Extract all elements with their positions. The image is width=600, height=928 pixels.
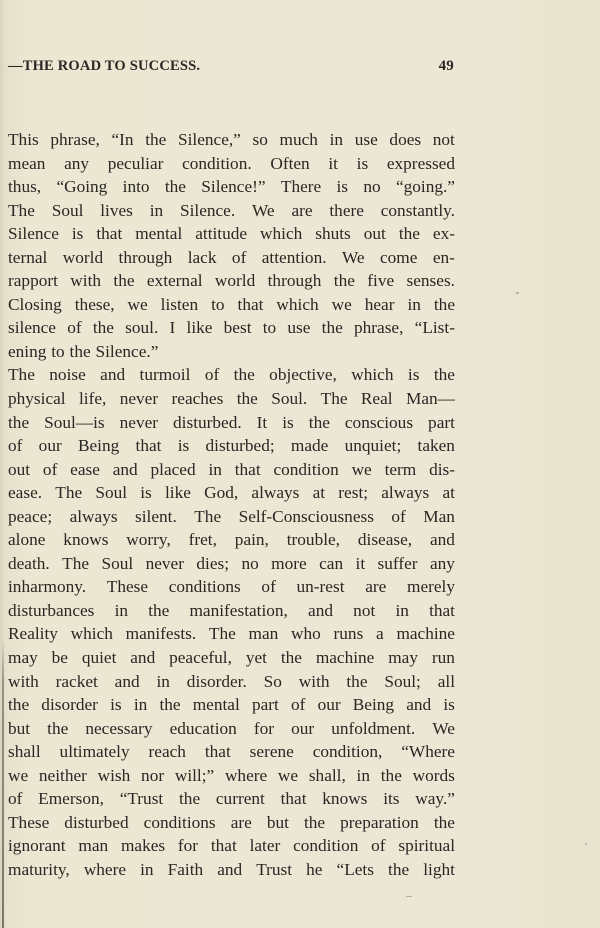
text-line: Thisphrase,“IntheSilence,”somuchinusedoe… [8, 128, 455, 152]
running-head-title: —THE ROAD TO SUCCESS. [8, 58, 200, 75]
paper-speck [406, 896, 412, 897]
text-line: meananypeculiarcondition.Oftenitisexpres… [8, 152, 455, 176]
text-line: outofeaseandplacedinthatconditionwetermd… [8, 458, 455, 482]
text-line: butthenecessaryeducationforourunfoldment… [8, 717, 455, 741]
text-line: inharmony.Theseconditionsofun-restaremer… [8, 575, 455, 599]
paper-speck [516, 292, 519, 294]
text-line: maybequietandpeaceful,yetthemachinemayru… [8, 646, 455, 670]
text-line: Thesedisturbedconditionsarebuttheprepara… [8, 811, 455, 835]
text-line: ternalworldthroughlackofattention.Wecome… [8, 246, 455, 270]
text-line: theSoul—isneverdisturbed.Itistheconsciou… [8, 411, 455, 435]
text-line: silenceofthesoul.Ilikebesttousethephrase… [8, 316, 455, 340]
text-line: physicallife,neverreachestheSoul.TheReal… [8, 387, 455, 411]
text-line: Closingthese,welistentothatwhichwehearin… [8, 293, 455, 317]
text-line: death.TheSoulneverdies;nomorecanitsuffer… [8, 552, 455, 576]
text-line: withracketandindisorder.SowiththeSoul;al… [8, 670, 455, 694]
text-line: disturbancesinthemanifestation,andnotint… [8, 599, 455, 623]
text-line: Silenceisthatmentalattitudewhichshutsout… [8, 222, 455, 246]
text-line: Realitywhichmanifests.Themanwhorunsamach… [8, 622, 455, 646]
page-number: 49 [439, 58, 458, 75]
paper-speck [585, 843, 587, 845]
text-line: rapportwiththeexternalworldthroughthefiv… [8, 269, 455, 293]
text-line-paragraph-end: eningtotheSilence.” [8, 340, 455, 364]
text-line: TheSoullivesinSilence.Wearethereconstant… [8, 199, 455, 223]
binding-gutter-shadow [2, 640, 4, 928]
text-line: ignorantmanmakesforthatlaterconditionofs… [8, 834, 455, 858]
text-line: aloneknowsworry,fret,pain,trouble,diseas… [8, 528, 455, 552]
text-line: weneitherwishnorwill;”whereweshall,inthe… [8, 764, 455, 788]
text-line: ofourBeingthatisdisturbed;madeunquiet;ta… [8, 434, 455, 458]
text-line: peace;alwayssilent.TheSelf-Consciousness… [8, 505, 455, 529]
text-line: ofEmerson,“Trustthecurrentthatknowsitswa… [8, 787, 455, 811]
book-page: —THE ROAD TO SUCCESS. 49 Thisphrase,“Int… [0, 0, 600, 928]
text-line: thedisorderisinthementalpartofourBeingan… [8, 693, 455, 717]
body-text: Thisphrase,“IntheSilence,”somuchinusedoe… [8, 128, 455, 882]
text-line: maturity,whereinFaithandTrusthe“Letsthel… [8, 858, 455, 882]
text-line: Thenoiseandturmoiloftheobjective,whichis… [8, 363, 455, 387]
running-head: —THE ROAD TO SUCCESS. 49 [8, 58, 458, 80]
text-line: ease.TheSoulislikeGod,alwaysatrest;alway… [8, 481, 455, 505]
text-line: shallultimatelyreachthatserenecondition,… [8, 740, 455, 764]
text-line: thus,“GoingintotheSilence!”Thereisno“goi… [8, 175, 455, 199]
